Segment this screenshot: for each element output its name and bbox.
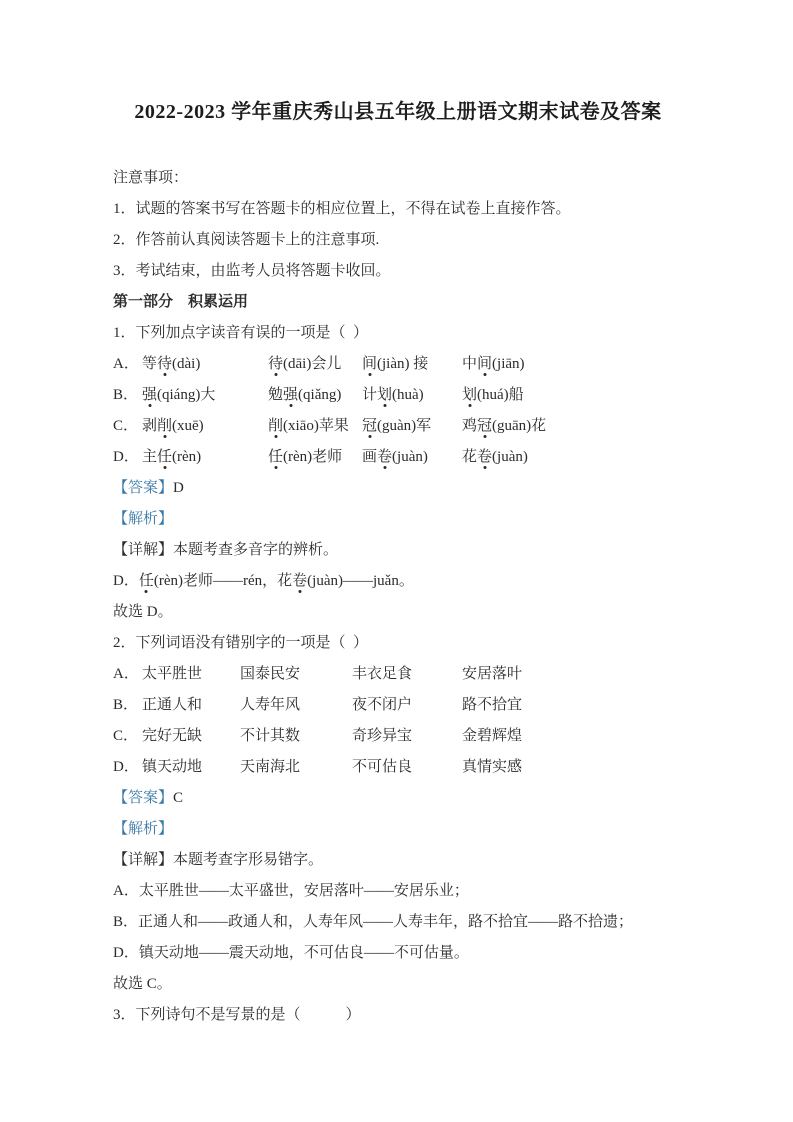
option-cell: 太平胜世 xyxy=(142,666,240,682)
q2-analysis-label: 【解析】 xyxy=(113,821,683,837)
option-label: C． xyxy=(113,418,142,434)
option-cell: 剥削(xuē) xyxy=(142,418,268,434)
q1-option-row-c: C． 剥削(xuē) 削(xiāo)苹果 冠(guàn)军 鸡冠(guān)花 xyxy=(113,418,683,434)
dotted-char: 卷 xyxy=(477,449,492,465)
dotted-char: 任 xyxy=(139,573,154,589)
option-cell: 丰衣足食 xyxy=(352,666,462,682)
q1-detail-line: D．任(rèn)老师——rén，花卷(juàn)——juǎn。 xyxy=(113,573,683,589)
option-label: C． xyxy=(113,728,142,744)
q1-option-row-a: A． 等待(dài) 待(dāi)会儿 间(jiàn) 接 中间(jiān) xyxy=(113,356,683,372)
dotted-char: 间 xyxy=(362,356,377,372)
q2-option-row-b: B． 正通人和 人寿年风 夜不闭户 路不拾宜 xyxy=(113,697,683,713)
option-cell: 花卷(juàn) xyxy=(462,449,683,465)
notice-item-1: 1．试题的答案书写在答题卡的相应位置上，不得在试卷上直接作答。 xyxy=(113,201,683,217)
dotted-char: 卷 xyxy=(377,449,392,465)
option-cell: 强(qiáng)大 xyxy=(142,387,268,403)
q1-detail-heading: 【详解】本题考查多音字的辨析。 xyxy=(113,542,683,558)
option-cell: 中间(jiān) xyxy=(462,356,683,372)
option-cell: 正通人和 xyxy=(142,697,240,713)
option-cell: 待(dāi)会儿 xyxy=(268,356,362,372)
answer-value: C xyxy=(173,790,183,806)
option-cell: 人寿年风 xyxy=(240,697,352,713)
answer-value: D xyxy=(173,480,184,496)
exam-title: 2022-2023 学年重庆秀山县五年级上册语文期末试卷及答案 xyxy=(113,95,683,124)
option-cell: 不计其数 xyxy=(240,728,352,744)
option-cell: 任(rèn)老师 xyxy=(268,449,362,465)
dotted-char: 冠 xyxy=(362,418,377,434)
q2-detail-line-b: B．正通人和——政通人和，人寿年风——人寿丰年，路不拾宜——路不拾遗； xyxy=(113,914,683,930)
notice-heading: 注意事项： xyxy=(113,170,683,186)
dotted-char: 冠 xyxy=(477,418,492,434)
option-cell: 安居落叶 xyxy=(462,666,683,682)
option-cell: 路不拾宜 xyxy=(462,697,683,713)
option-cell: 勉强(qiǎng) xyxy=(268,387,362,403)
option-cell: 真情实感 xyxy=(462,759,683,775)
option-label: D． xyxy=(113,449,142,465)
answer-label: 【答案】 xyxy=(113,790,173,806)
dotted-char: 任 xyxy=(268,449,283,465)
notice-item-3: 3．考试结束，由监考人员将答题卡收回。 xyxy=(113,263,683,279)
option-cell: 金碧辉煌 xyxy=(462,728,683,744)
q1-option-row-d: D． 主任(rèn) 任(rèn)老师 画卷(juàn) 花卷(juàn) xyxy=(113,449,683,465)
dotted-char: 强 xyxy=(283,387,298,403)
option-cell: 画卷(juàn) xyxy=(362,449,462,465)
dotted-char: 削 xyxy=(157,418,172,434)
q2-option-row-a: A． 太平胜世 国泰民安 丰衣足食 安居落叶 xyxy=(113,666,683,682)
q2-detail-line-d: D．镇天动地——震天动地，不可估良——不可估量。 xyxy=(113,945,683,961)
dotted-char: 间 xyxy=(477,356,492,372)
option-cell: 削(xiāo)苹果 xyxy=(268,418,362,434)
option-label: B． xyxy=(113,697,142,713)
dotted-char: 划 xyxy=(377,387,392,403)
q1-analysis-label: 【解析】 xyxy=(113,511,683,527)
notice-item-2: 2．作答前认真阅读答题卡上的注意事项. xyxy=(113,232,683,248)
option-cell: 主任(rèn) xyxy=(142,449,268,465)
option-cell: 完好无缺 xyxy=(142,728,240,744)
answer-label: 【答案】 xyxy=(113,480,173,496)
option-cell: 鸡冠(guān)花 xyxy=(462,418,683,434)
option-cell: 奇珍异宝 xyxy=(352,728,462,744)
dotted-char: 待 xyxy=(268,356,283,372)
q2-answer-line: 【答案】C xyxy=(113,790,683,806)
q1-stem: 1．下列加点字读音有误的一项是（ ） xyxy=(113,325,683,341)
option-cell: 划(huá)船 xyxy=(462,387,683,403)
q3-stem: 3．下列诗句不是写景的是（ ） xyxy=(113,1007,683,1023)
q1-conclusion: 故选 D。 xyxy=(113,604,683,620)
option-cell: 不可估良 xyxy=(352,759,462,775)
option-cell: 冠(guàn)军 xyxy=(362,418,462,434)
dotted-char: 削 xyxy=(268,418,283,434)
option-label: D． xyxy=(113,759,142,775)
option-cell: 天南海北 xyxy=(240,759,352,775)
option-cell: 夜不闭户 xyxy=(352,697,462,713)
q2-option-row-c: C． 完好无缺 不计其数 奇珍异宝 金碧辉煌 xyxy=(113,728,683,744)
section-heading: 第一部分 积累运用 xyxy=(113,294,683,310)
q1-answer-line: 【答案】D xyxy=(113,480,683,496)
dotted-char: 卷 xyxy=(292,573,307,589)
option-label: B． xyxy=(113,387,142,403)
option-label: A． xyxy=(113,356,142,372)
document-page: 2022-2023 学年重庆秀山县五年级上册语文期末试卷及答案 注意事项： 1．… xyxy=(0,0,793,1122)
q1-option-row-b: B． 强(qiáng)大 勉强(qiǎng) 计划(huà) 划(huá)船 xyxy=(113,387,683,403)
q2-detail-line-a: A．太平胜世——太平盛世，安居落叶——安居乐业； xyxy=(113,883,683,899)
option-cell: 等待(dài) xyxy=(142,356,268,372)
option-cell: 国泰民安 xyxy=(240,666,352,682)
option-label: A． xyxy=(113,666,142,682)
q2-detail-heading: 【详解】本题考查字形易错字。 xyxy=(113,852,683,868)
dotted-char: 待 xyxy=(157,356,172,372)
dotted-char: 划 xyxy=(462,387,477,403)
q2-stem: 2．下列词语没有错别字的一项是（ ） xyxy=(113,635,683,651)
q2-conclusion: 故选 C。 xyxy=(113,976,683,992)
q2-option-row-d: D． 镇天动地 天南海北 不可估良 真情实感 xyxy=(113,759,683,775)
option-cell: 间(jiàn) 接 xyxy=(362,356,462,372)
dotted-char: 强 xyxy=(142,387,157,403)
option-cell: 镇天动地 xyxy=(142,759,240,775)
dotted-char: 任 xyxy=(157,449,172,465)
option-cell: 计划(huà) xyxy=(362,387,462,403)
